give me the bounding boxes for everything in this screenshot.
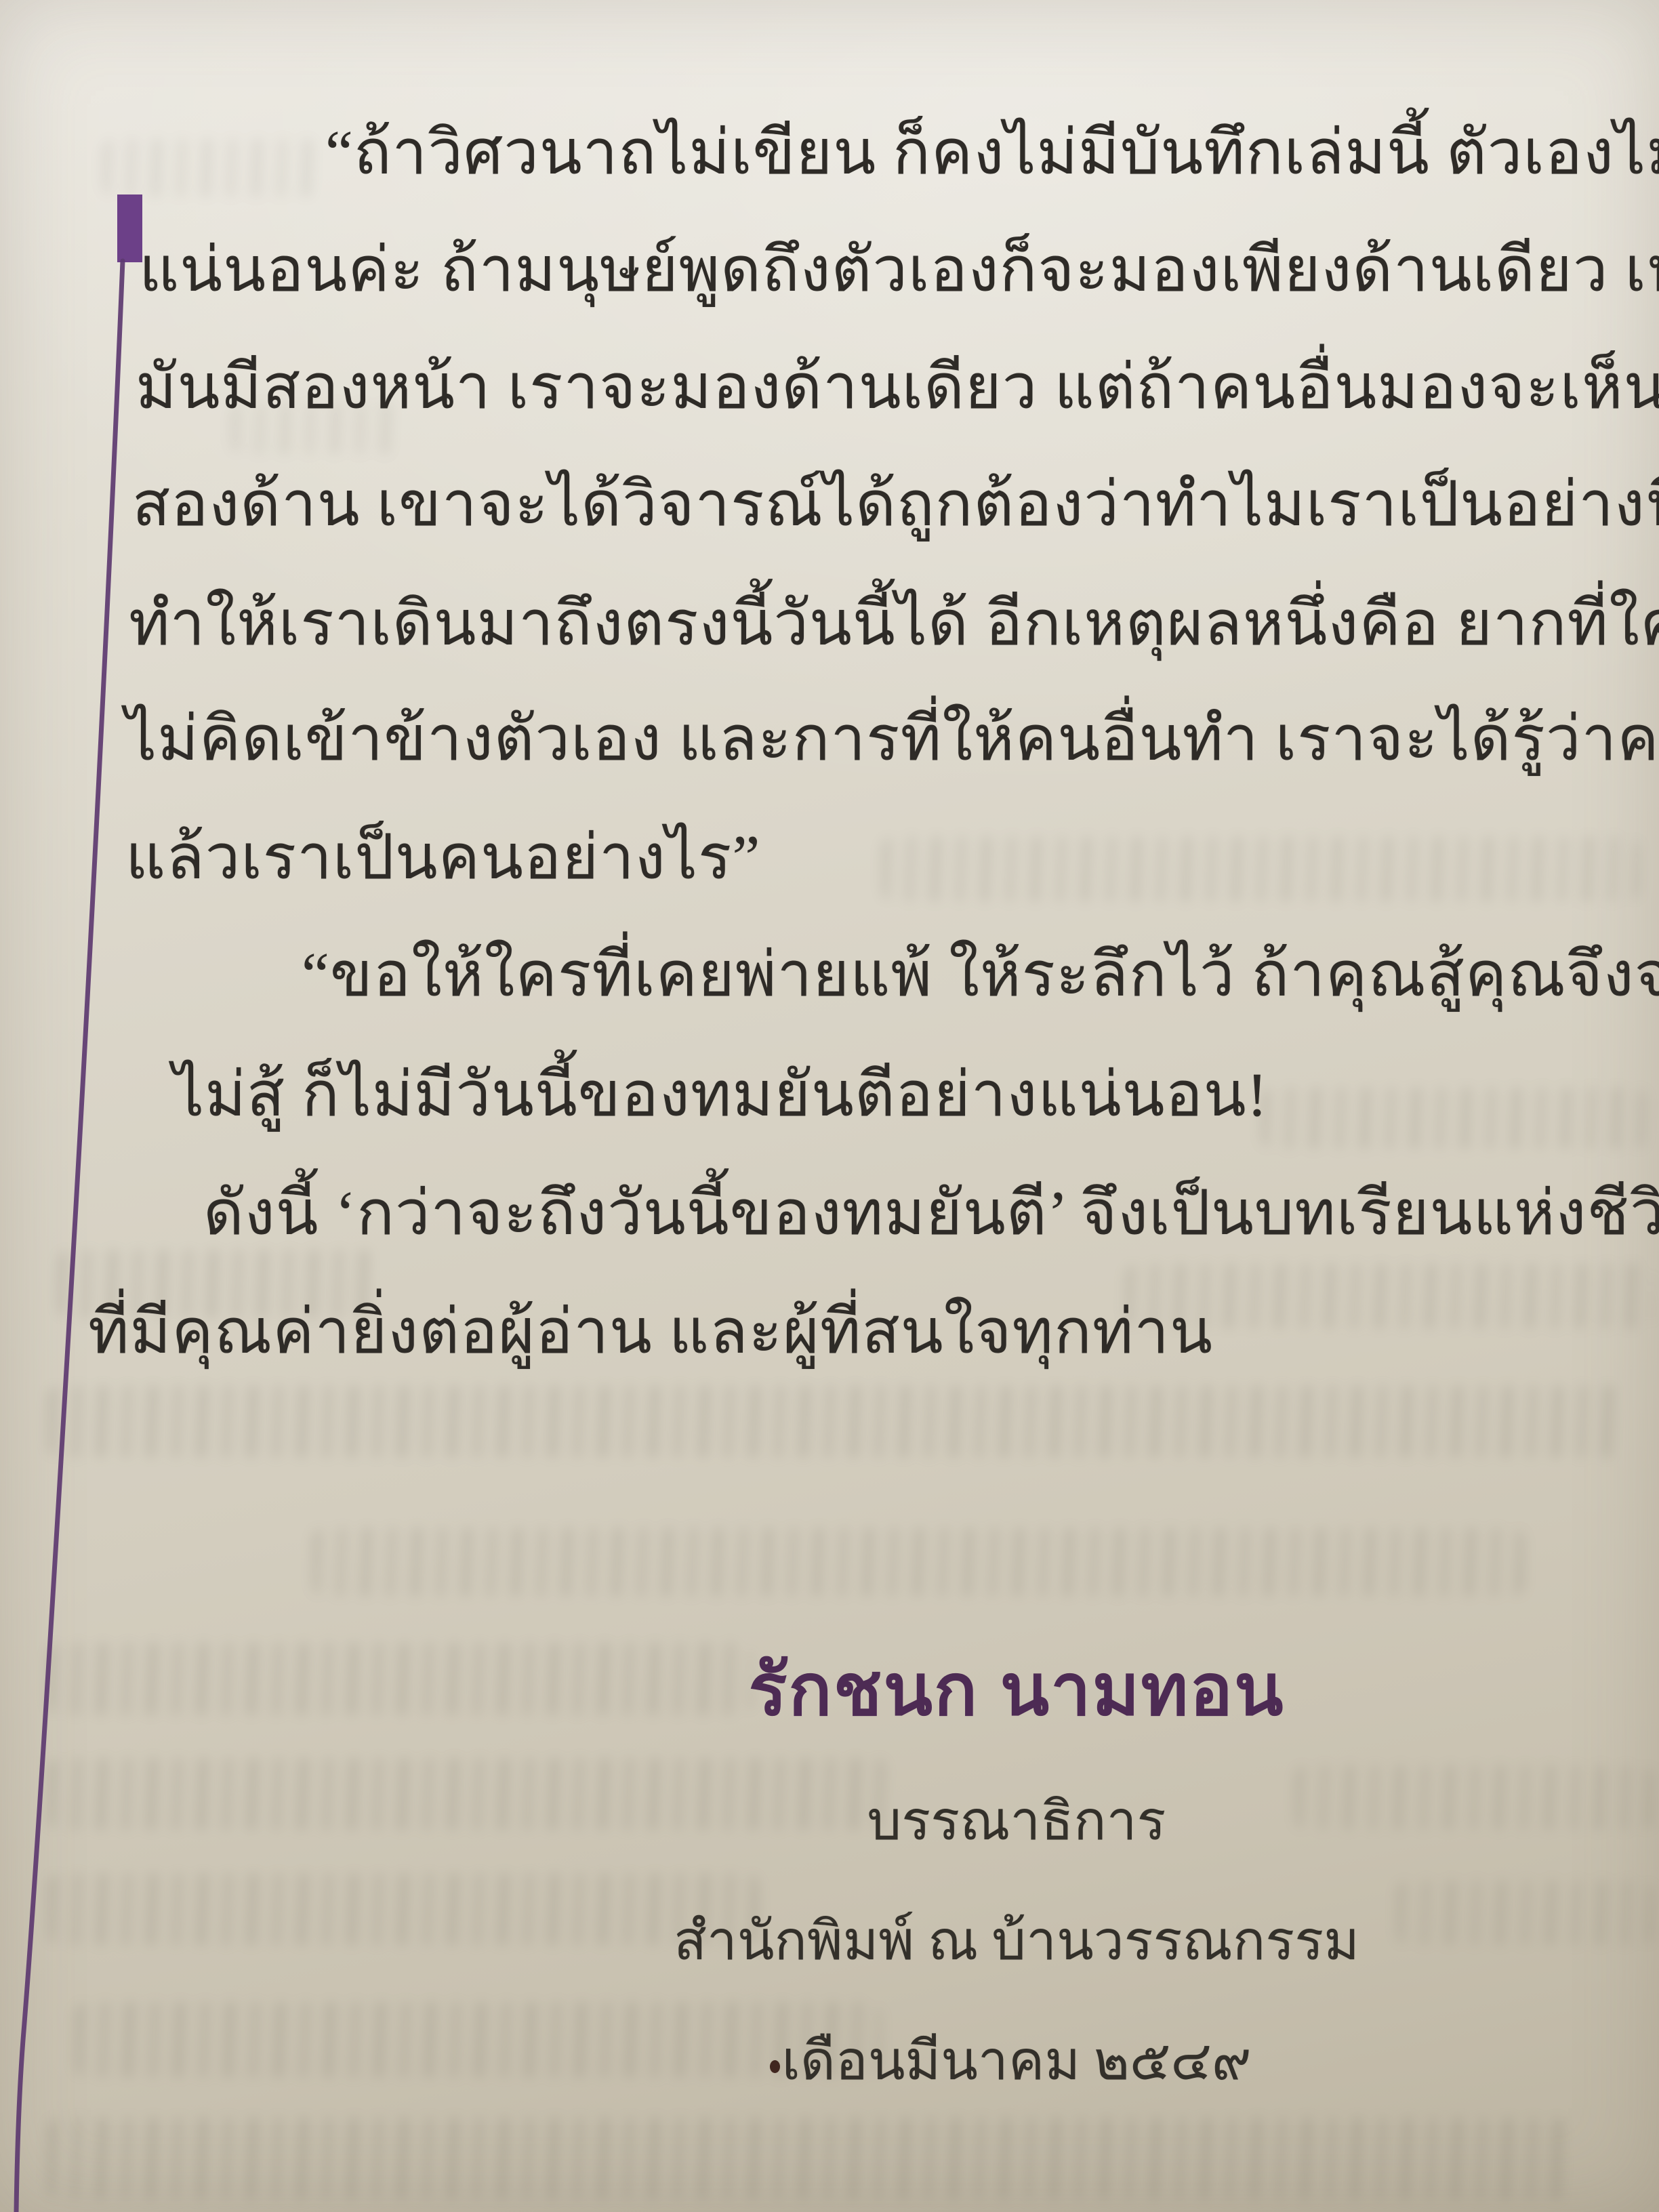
text-line: “ถ้าวิศวนาถไม่เขียน ก็คงไม่มีบันทึกเล่มน… — [325, 102, 1659, 201]
text-line: แน่นอนค่ะ ถ้ามนุษย์พูดถึงตัวเองก็จะมองเพ… — [139, 219, 1659, 319]
footer-period-mark — [770, 2060, 780, 2073]
text-line: ดังนี้ ‘กว่าจะถึงวันนี้ของทมยันตี’ จึงเป… — [203, 1162, 1659, 1262]
text-line: มันมีสองหน้า เราจะมองด้านเดียว แต่ถ้าคนอ… — [136, 336, 1659, 436]
text-line: สองด้าน เขาจะได้วิจารณ์ได้ถูกต้องว่าทำไม… — [132, 453, 1659, 553]
book-page: “ถ้าวิศวนาถไม่เขียน ก็คงไม่มีบันทึกเล่มน… — [0, 0, 1659, 2212]
ghost-text-band — [47, 1386, 1626, 1457]
text-line: “ขอให้ใครที่เคยพ่ายแพ้ ให้ระลึกไว้ ถ้าคุ… — [302, 924, 1659, 1023]
text-line: ทำให้เราเดินมาถึงตรงนี้วันนี้ได้ อีกเหตุ… — [129, 573, 1659, 672]
ghost-text-band — [881, 837, 1640, 901]
ghost-text-band — [312, 1528, 1525, 1596]
publication-date: เดือนมีนาคม ๒๕๔๙ — [610, 2018, 1423, 2104]
publisher-name: สำนักพิมพ์ ณ บ้านวรรณกรรม — [610, 1898, 1423, 1984]
editor-name: รักชนก นามทอน — [610, 1632, 1423, 1746]
editor-role: บรรณาธิการ — [610, 1778, 1423, 1864]
text-line: แล้วเราเป็นคนอย่างไร” — [125, 806, 760, 906]
ghost-text-band — [1396, 1881, 1654, 1945]
text-line: ไม่สู้ ก็ไม่มีวันนี้ของทมยันตีอย่างแน่นอ… — [173, 1044, 1268, 1143]
text-line: ไม่คิดเข้าข้างตัวเอง และการที่ให้คนอื่นท… — [125, 688, 1659, 787]
ghost-text-band — [102, 139, 319, 197]
signature-block: รักชนก นามทอน บรรณาธิการ สำนักพิมพ์ ณ บ้… — [610, 1632, 1423, 2137]
ghost-text-band — [1261, 1088, 1647, 1149]
text-line: ที่มีคุณค่ายิ่งต่อผู้อ่าน และผู้ที่สนใจท… — [88, 1281, 1213, 1380]
